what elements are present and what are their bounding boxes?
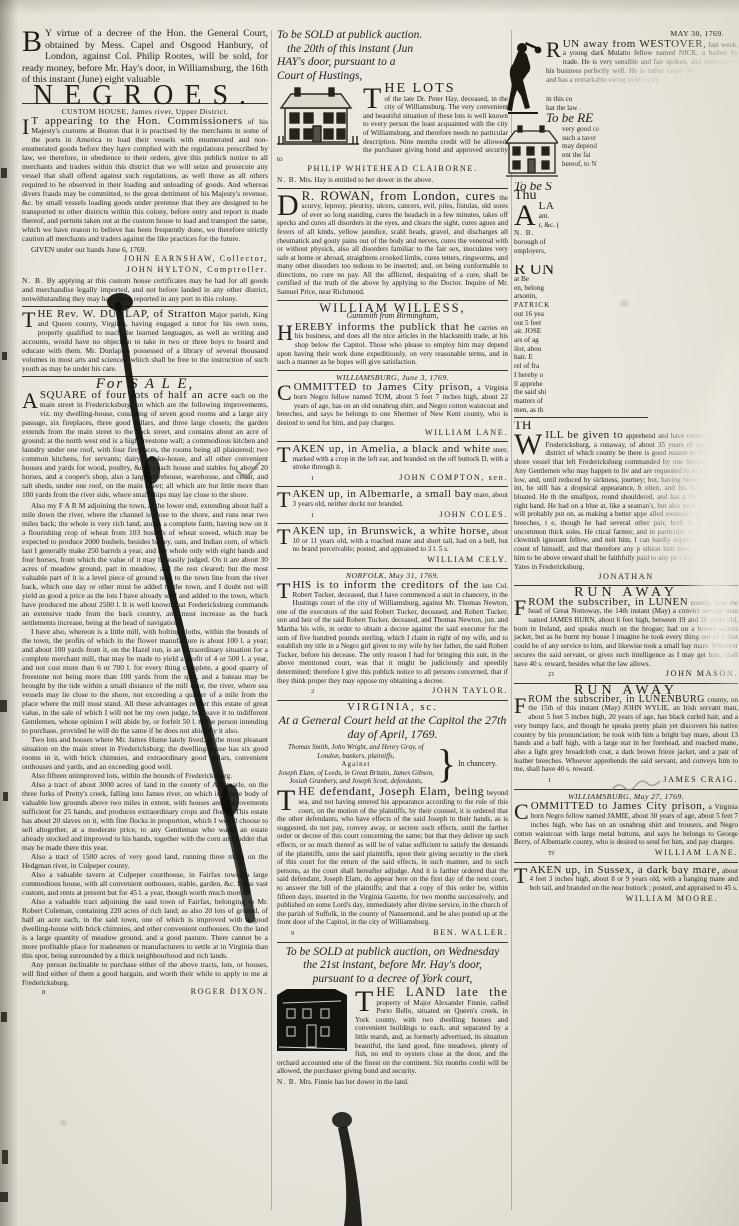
text-fragment: hair. E (514, 353, 738, 362)
drop-cap: C (514, 802, 531, 821)
ad-body: FROM the subscriber, in LUNEN county, ne… (514, 598, 738, 669)
text-fragment: employers, (514, 247, 738, 256)
rule (277, 441, 508, 442)
text-fragment: such a taver (514, 134, 738, 143)
signature: JOHN MASON. (666, 670, 738, 679)
ad-body: TAKEN up, in Sussex, a dark bay mare, ab… (514, 866, 738, 893)
text-fragment: may depend (514, 142, 738, 151)
ad-body: THE defendant, Joseph Elam, being beyond… (277, 787, 508, 927)
text-fragment: en, belong (514, 284, 738, 293)
rule (277, 942, 508, 943)
drop-cap: T (514, 866, 529, 885)
dark-house-woodcut (277, 989, 351, 1058)
ad-to-be-sold-fragment: To be S Thu ALA am. r, &c. ( N. B. borou… (514, 182, 738, 256)
text-fragment: r, &c. ( (514, 221, 738, 230)
drop-cap: B (22, 28, 45, 54)
paper-stain (60, 1120, 67, 1126)
page-top-edge-shadow (0, 0, 739, 14)
paragraph: Also a valuable tavern at Culpeper court… (22, 870, 268, 897)
signature-row: JONATHAN (514, 573, 738, 582)
rule (514, 789, 738, 790)
drop-cap: A (514, 202, 539, 228)
signature: PHILIP WHITEHEAD CLAIBORNE. (307, 165, 477, 174)
text-fragment: LA (539, 200, 555, 212)
paragraph: Also a tract of 1500 acres of very good … (22, 852, 268, 870)
ad-body: TAKEN up, in Albemarle, a small bay mare… (277, 490, 508, 508)
ad-porto-bello: To be SOLD at publick auction, on Wednes… (277, 946, 508, 1087)
ad-body: THIS is to inform the creditors of the l… (277, 581, 508, 685)
rule (514, 862, 738, 863)
ad-body: FROM the subscriber, in LUNENBURG county… (514, 696, 738, 774)
rule (277, 568, 508, 569)
drop-cap: T (355, 988, 376, 1014)
ad-william-willess: WILLIAM WILLESS, Gunsmith from Birmingha… (277, 304, 508, 367)
signature-row: 1JAMES CRAIG. (514, 776, 738, 786)
insertion-mark: 21 (548, 671, 555, 680)
signature: JOHN COLES. (439, 511, 508, 520)
insertion-mark: Tf (548, 850, 554, 859)
ad-runaway-nick-westover: MAY 30, 1769. RUN away from WESTOVER, la… (514, 30, 738, 112)
text-fragment: arsonin, (514, 292, 738, 301)
signature-row: 9BEN. WALLER. (277, 929, 508, 939)
given-line: GIVEN under our hands June 6, 1769. (22, 245, 268, 254)
page-signature-mark: 8 (42, 988, 45, 997)
drop-cap: F (514, 696, 528, 715)
signature: JOHN EARNSHAW, Collector, (124, 254, 268, 263)
for-sale-heading: For S A L E, (22, 380, 268, 389)
ad-custom-house: CUSTOM HOUSE, James river, Upper Distric… (22, 107, 268, 303)
brace-glyph: } (435, 746, 458, 782)
rule (277, 523, 508, 524)
column-rule-right (511, 30, 512, 1210)
text-fragment: ilor, abou (514, 345, 738, 354)
signature: WILLIAM MOORE. (626, 895, 718, 904)
house-woodcut (277, 86, 359, 151)
signature: WILLIAM CELY. (427, 556, 508, 565)
ad-taken-brunswick: TAKEN up, in Brunswick, a white horse, a… (277, 527, 508, 564)
ad-taken-albemarle: TAKEN up, in Albemarle, a small bay mare… (277, 490, 508, 520)
drop-cap: D (277, 192, 302, 218)
signature: WILLIAM LANE. (655, 849, 738, 858)
to-be-rented-heading: To be RE (514, 114, 738, 123)
text-fragment: the said shi (514, 388, 738, 397)
ad-committed-jamie: WILLIAMSBURG, May 27, 1769. COMMITTED to… (514, 793, 738, 859)
drop-cap: H (277, 323, 295, 342)
ad-body: DR. ROWAN, from London, cures the scurvy… (277, 192, 508, 297)
insertion-mark: 1 (548, 777, 551, 786)
signature-row: TfWILLIAM LANE. (514, 849, 738, 859)
text-fragment: men, as th (514, 406, 738, 415)
drop-cap: T (277, 490, 292, 509)
ad-hay-lots-auction: To be SOLD at publick auction. the 20th … (277, 29, 508, 185)
left-column: BY virtue of a decree of the Hon. the Ge… (22, 28, 268, 999)
signature-row: 1JOHN COMPTON, sen. (277, 474, 508, 484)
ad-taken-sussex: TAKEN up, in Sussex, a dark bay mare, ab… (514, 866, 738, 904)
signature-row: WILLIAM LANE. (277, 429, 508, 438)
ad-dr-rowan: DR. ROWAN, from London, cures the scurvy… (277, 192, 508, 297)
drop-cap: R (546, 40, 563, 59)
chancery-parties: Thomas Smith, John Wright, and Henry Gra… (277, 743, 508, 785)
run-heading-fragment: R UN (514, 265, 738, 274)
signature-row: WILLIAM CELY. (277, 556, 508, 565)
auction-heading: To be SOLD at publick auction, on Wednes… (277, 946, 508, 987)
rule (277, 370, 508, 371)
nota-bene: N. B. Mrs. Finnie has her dower in the l… (277, 1078, 508, 1087)
nota-bene: N. B. By applying at this custom house c… (22, 276, 268, 303)
rule (277, 700, 508, 701)
text-fragment: out 16 yea (514, 310, 738, 319)
signature: JOHN HYLTON, Comptroller. (127, 265, 268, 274)
ad-to-be-rented-fragment: To be RE (514, 114, 738, 168)
text-fragment: rel of fra (514, 362, 738, 371)
ad-body: TAKEN up, in Brunswick, a white horse, a… (277, 527, 508, 554)
drop-cap: T (277, 445, 292, 464)
in-chancery-label: In chancery. (458, 760, 508, 769)
drop-cap: T (277, 527, 292, 546)
reward-heading-fragment: TH (514, 421, 738, 430)
signature-row: 1JOHN COLES. (277, 511, 508, 521)
ad-body: COMMITTED to James City prison, a Virgin… (277, 383, 508, 427)
ad-chancery-order: VIRGINIA, sc. At a General Court held at… (277, 704, 508, 939)
paragraph: Also my F A R M adjoining the town, at t… (22, 501, 268, 627)
drop-cap: A (22, 391, 40, 410)
defendants: Joseph Elam, of Leeds, in Great Britain,… (277, 769, 435, 786)
signature: JOHN TAYLOR. (432, 687, 508, 696)
signature-row: JOHN HYLTON, Comptroller. (22, 265, 268, 274)
ad-body: HEREBY informs the publick that he carri… (277, 323, 508, 367)
text-fragment: ars of ag (514, 336, 738, 345)
signature-row: PHILIP WHITEHEAD CLAIBORNE. (277, 165, 508, 174)
newspaper-page: BY virtue of a decree of the Hon. the Ge… (0, 0, 739, 1226)
paragraph: Also a valuable tract adjoining the said… (22, 897, 268, 960)
text-fragment: N. B. (514, 229, 738, 238)
ad-negroes-sale: BY virtue of a decree of the Hon. the Ge… (22, 28, 268, 100)
insertion-mark: 1 (311, 475, 314, 484)
ad-body: WILL be given to apprehend and have conv… (514, 431, 738, 571)
drop-cap: W (514, 431, 545, 457)
text-fragment: am. (514, 212, 738, 221)
right-column: MAY 30, 1769. RUN away from WESTOVER, la… (514, 28, 738, 905)
text-fragment: very good ce (514, 125, 738, 134)
signature: JONATHAN (598, 573, 654, 582)
drop-cap: T (277, 581, 292, 600)
signature-row: 8ROGER DIXON. (22, 987, 268, 997)
ad-body: THE Rev. W. DUNLAP, of Stratton Major pa… (22, 310, 268, 373)
ad-runaway-john-wylie: RUN AWAY FROM the subscriber, in LUNENBU… (514, 687, 738, 786)
ad-dunlap-tutor: THE Rev. W. DUNLAP, of Stratton Major pa… (22, 310, 268, 373)
ad-runaway-patrick-fragment: R UN at Be en, belong arsonin, PATRICK o… (514, 265, 738, 414)
text-fragment: air. JOSE (514, 327, 738, 336)
to-be-sold-heading: To be S (514, 182, 738, 191)
drop-cap: C (277, 383, 294, 402)
general-court-heading: At a General Court held at the Capitol t… (277, 713, 508, 741)
ad-body: ASQUARE of four lots of half an acre eac… (22, 391, 268, 499)
signature-row: 2JOHN TAYLOR. (277, 687, 508, 697)
against-label: Against (277, 760, 435, 768)
drop-cap: T (363, 85, 384, 111)
text-fragment: ll apprehe (514, 380, 738, 389)
text-fragment: PATRICK (514, 301, 738, 310)
paragraph: Also fifteen unimproved lots, within the… (22, 771, 268, 780)
auction-heading: To be SOLD at publick auction. the 20th … (277, 29, 508, 83)
ad-dixon-for-sale: For S A L E, ASQUARE of four lots of hal… (22, 380, 268, 997)
signature-row: JOHN EARNSHAW, Collector, (22, 254, 268, 263)
text-fragment: matters of (514, 397, 738, 406)
ad-taken-amelia: TAKEN up, in Amelia, a black and white s… (277, 445, 508, 483)
drop-cap: T (277, 787, 298, 813)
column-rule-left (271, 30, 272, 1210)
page-signature-mark: 9 (291, 930, 294, 939)
text-fragment: in this co (514, 95, 738, 104)
negroes-headline: NEGROES. (22, 91, 268, 100)
drop-cap: T (22, 310, 37, 329)
ad-body: IT appearing to the Hon. Commissioners o… (22, 117, 268, 243)
text-fragment: I hereby o (514, 371, 738, 380)
paragraph: Also a tract of about 3000 acres of land… (22, 780, 268, 852)
page-left-edge-shadow (0, 0, 18, 1226)
signature-row: WILLIAM MOORE. (514, 895, 738, 904)
ad-body: TAKEN up, in Amelia, a black and white s… (277, 445, 508, 472)
ad-runaway-james-burn: RUN AWAY FROM the subscriber, in LUNEN c… (514, 589, 738, 680)
ad-tucker-creditors: NORFOLK, May 31, 1769. THIS is to inform… (277, 572, 508, 697)
signature: BEN. WALLER. (433, 929, 508, 938)
text-fragment: hereof, to N (514, 160, 738, 169)
paragraph: I have also, whereon is a little mill, w… (22, 627, 268, 735)
text-fragment: out 5 feet (514, 319, 738, 328)
text-fragment: ed a (514, 86, 738, 95)
signature: WILLIAM LANE. (425, 429, 508, 438)
dateline: MAY 30, 1769. (514, 30, 738, 39)
signature: ROGER DIXON. (191, 987, 268, 996)
rule (514, 417, 648, 418)
ad-committed-tom: WILLIAMSBURG, June 3, 1769. COMMITTED to… (277, 374, 508, 438)
rule (22, 306, 268, 307)
text-fragment: ent the fai (514, 151, 738, 160)
paragraph: Two lots and houses where Mr. James Hume… (22, 735, 268, 771)
nota-bene: N. B. Mrs. Hay is entitled to her dower … (277, 176, 508, 185)
signature: JOHN COMPTON, sen. (399, 474, 508, 483)
virginia-heading: VIRGINIA, sc. (277, 704, 508, 713)
insertion-mark: 1 (311, 512, 314, 521)
text-fragment: borough of (514, 238, 738, 247)
ad-body: COMMITTED to James City prison, a Virgin… (514, 802, 738, 847)
signature-row: 21JOHN MASON. (514, 670, 738, 680)
middle-column: To be SOLD at publick auction. the 20th … (277, 28, 508, 1089)
paragraph: Any person inclinable to purchase either… (22, 960, 268, 987)
insertion-mark: 2 (311, 688, 314, 697)
plaintiffs: Thomas Smith, John Wright, and Henry Gra… (277, 743, 435, 760)
willess-subheading: Gunsmith from Birmingham, (277, 312, 508, 321)
drop-cap: I (22, 117, 31, 136)
ad-body: BY virtue of a decree of the Hon. the Ge… (22, 28, 268, 86)
ad-reward-jonathan: TH WILL be given to apprehend and have c… (514, 421, 738, 582)
signature: JAMES CRAIG. (663, 776, 738, 785)
drop-cap: F (514, 598, 528, 617)
ad-body: RUN away from WESTOVER, last week, a you… (514, 40, 738, 85)
